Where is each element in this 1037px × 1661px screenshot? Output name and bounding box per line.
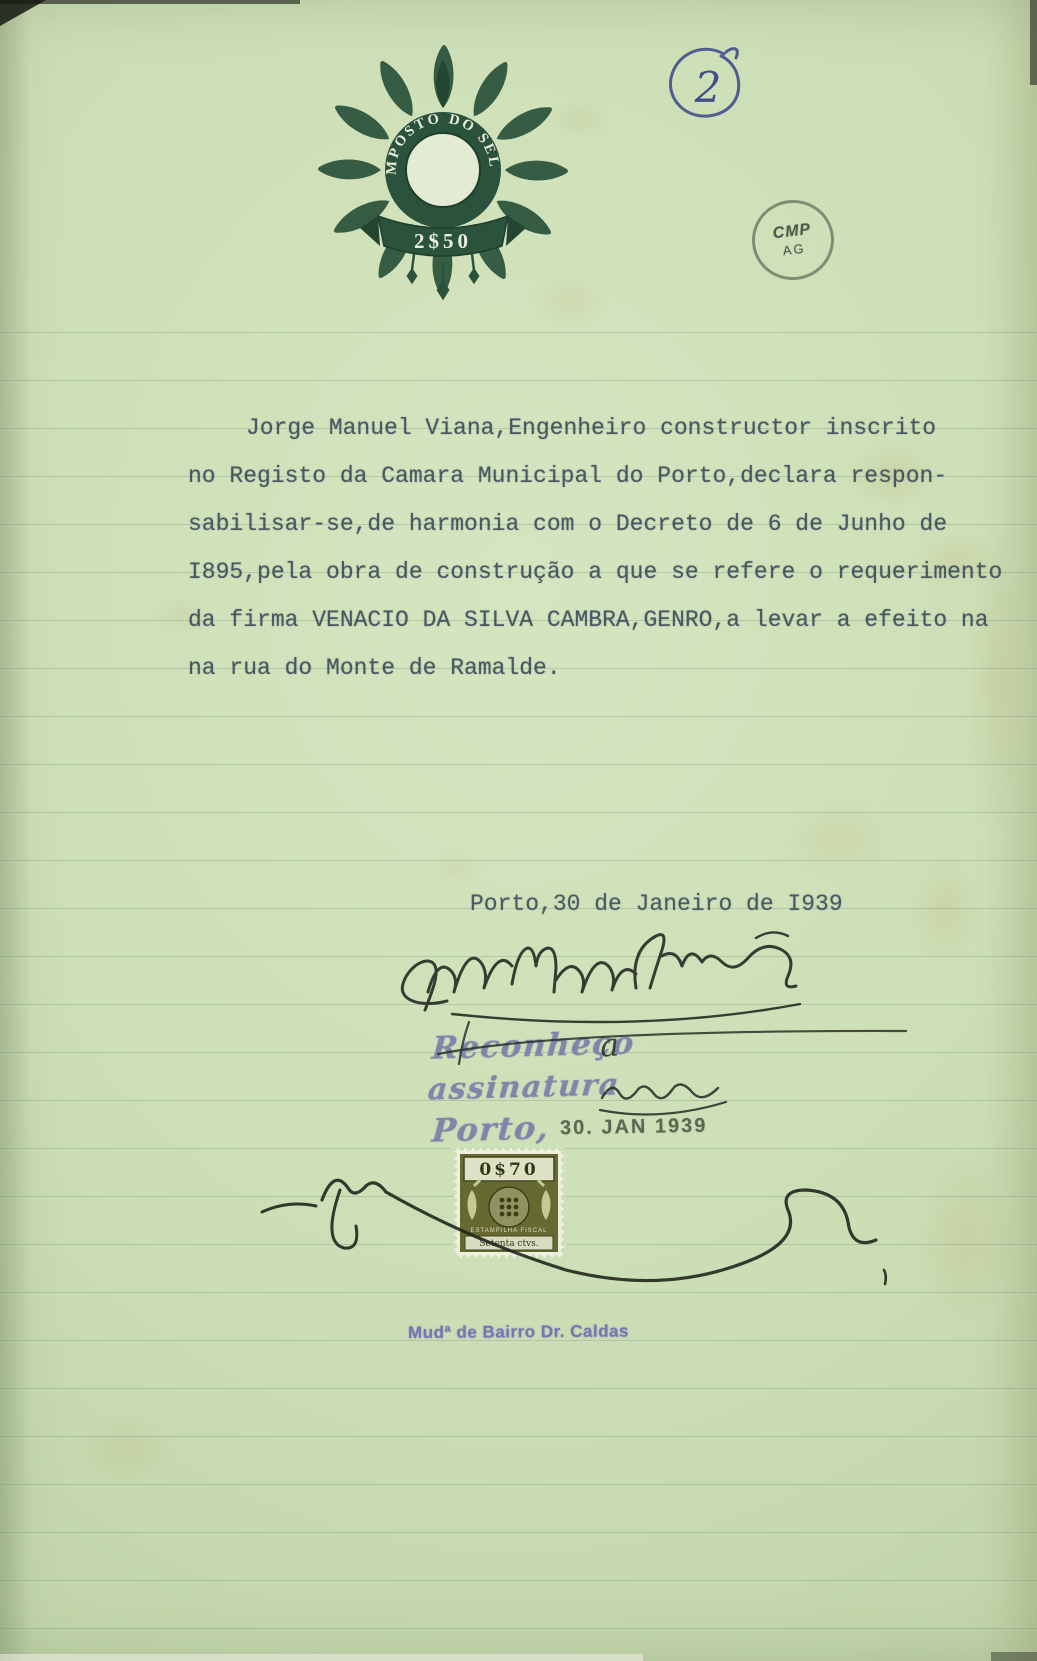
typed-line-2: no Registo da Camara Municipal do Porto,… xyxy=(188,452,1037,500)
signature-flourish xyxy=(262,1180,886,1284)
stamp-middle-text: ESTAMPILHA FISCAL xyxy=(471,1228,548,1234)
revenue-stamp: 0$70 ESTAMPILHA FISCAL Setenta ctvs. xyxy=(452,1146,566,1260)
typed-date-line: Porto,30 de Janeiro de I939 xyxy=(470,880,843,928)
scan-corner-top-left xyxy=(0,0,46,26)
scan-edge-top xyxy=(0,0,300,4)
typed-line-4: I895,pela obra de construção a que se re… xyxy=(188,548,1037,596)
typed-line-1: Jorge Manuel Viana,Engenheiro constructo… xyxy=(188,404,1037,452)
typed-line-5: da firma VENACIO DA SILVA CAMBRA,GENRO,a… xyxy=(188,596,1037,644)
fiscal-seal-emblem-icon: IMPOSTO DO SELO 2$50 xyxy=(326,48,560,298)
scan-edge-top-right xyxy=(1030,0,1037,85)
cmp-round-stamp: CMP AG xyxy=(747,195,838,284)
stamp-value: 0$70 xyxy=(479,1160,538,1180)
notary-stamp-line3: Porto, xyxy=(431,1108,552,1149)
page-number-text: 2 xyxy=(694,63,722,112)
stamp-bottom-text: Setenta ctvs. xyxy=(479,1239,538,1249)
office-stamp-text: Mudª de Bairro Dr. Caldas xyxy=(408,1321,728,1343)
seal-value: 2$50 xyxy=(414,229,472,253)
scan-edge-bottom xyxy=(0,1654,643,1661)
cmp-stamp-line1: CMP xyxy=(772,221,812,244)
document-page: IMPOSTO DO SELO 2$50 2 CMP AG Jorge Manu… xyxy=(0,0,1037,1661)
typed-line-3: sabilisar-se,de harmonia com o Decreto d… xyxy=(188,500,1037,548)
notary-stamp-line2: assinatura xyxy=(427,1067,621,1107)
date-rubber-stamp: 30. JAN 1939 xyxy=(560,1115,708,1141)
cmp-stamp-line2: AG xyxy=(782,241,806,259)
signature-jorge-manuel-viana xyxy=(402,932,800,1022)
typed-declaration: Jorge Manuel Viana,Engenheiro constructo… xyxy=(188,404,1037,692)
typed-line-6: na rua do Monte de Ramalde. xyxy=(188,644,1037,692)
scan-corner-bottom-right xyxy=(991,1652,1037,1661)
handwritten-page-number: 2 xyxy=(658,40,758,135)
handwritten-a: a xyxy=(599,1025,621,1064)
